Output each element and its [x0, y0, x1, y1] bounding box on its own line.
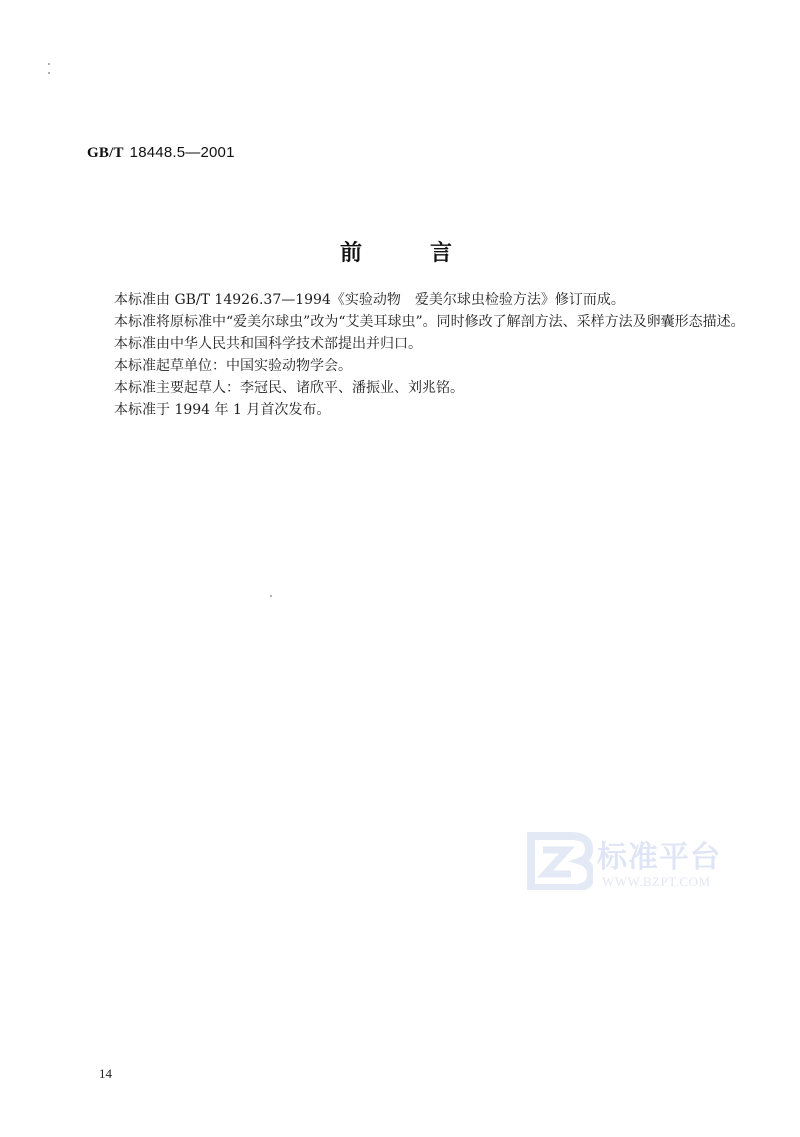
paragraph-revision: 本标准由 GB/T 14926.37—1994《实验动物 爱美尔球虫检验方法》修…	[87, 289, 767, 311]
watermark-url: WWW.BZPT.COM	[602, 874, 711, 890]
page-number: 14	[99, 1066, 112, 1082]
standard-number: 18448.5—2001	[130, 144, 235, 161]
title-char-1: 前	[340, 236, 362, 267]
paragraph-drafting-unit: 本标准起草单位：中国实验动物学会。	[87, 355, 767, 377]
scan-speck	[48, 63, 50, 65]
foreword-body: 本标准由 GB/T 14926.37—1994《实验动物 爱美尔球虫检验方法》修…	[87, 289, 767, 421]
watermark-title: 标准平台	[597, 832, 721, 876]
scan-speck	[270, 595, 272, 597]
paragraph-first-release: 本标准于 1994 年 1 月首次发布。	[87, 399, 767, 421]
bz-logo-icon	[527, 832, 593, 890]
title-char-2: 言	[430, 236, 452, 267]
paragraph-drafters: 本标准主要起草人：李冠民、诸欣平、潘振业、刘兆铭。	[87, 377, 767, 399]
paragraph-changes: 本标准将原标准中“爱美尔球虫”改为“艾美耳球虫”。同时修改了解剖方法、采样方法及…	[87, 311, 767, 333]
standard-prefix: GB/T	[87, 145, 124, 161]
watermark: 标准平台 WWW.BZPT.COM	[527, 832, 747, 894]
scan-speck	[48, 72, 50, 74]
standard-code: GB/T18448.5—2001	[87, 144, 235, 162]
paragraph-proposer: 本标准由中华人民共和国科学技术部提出并归口。	[87, 333, 767, 355]
